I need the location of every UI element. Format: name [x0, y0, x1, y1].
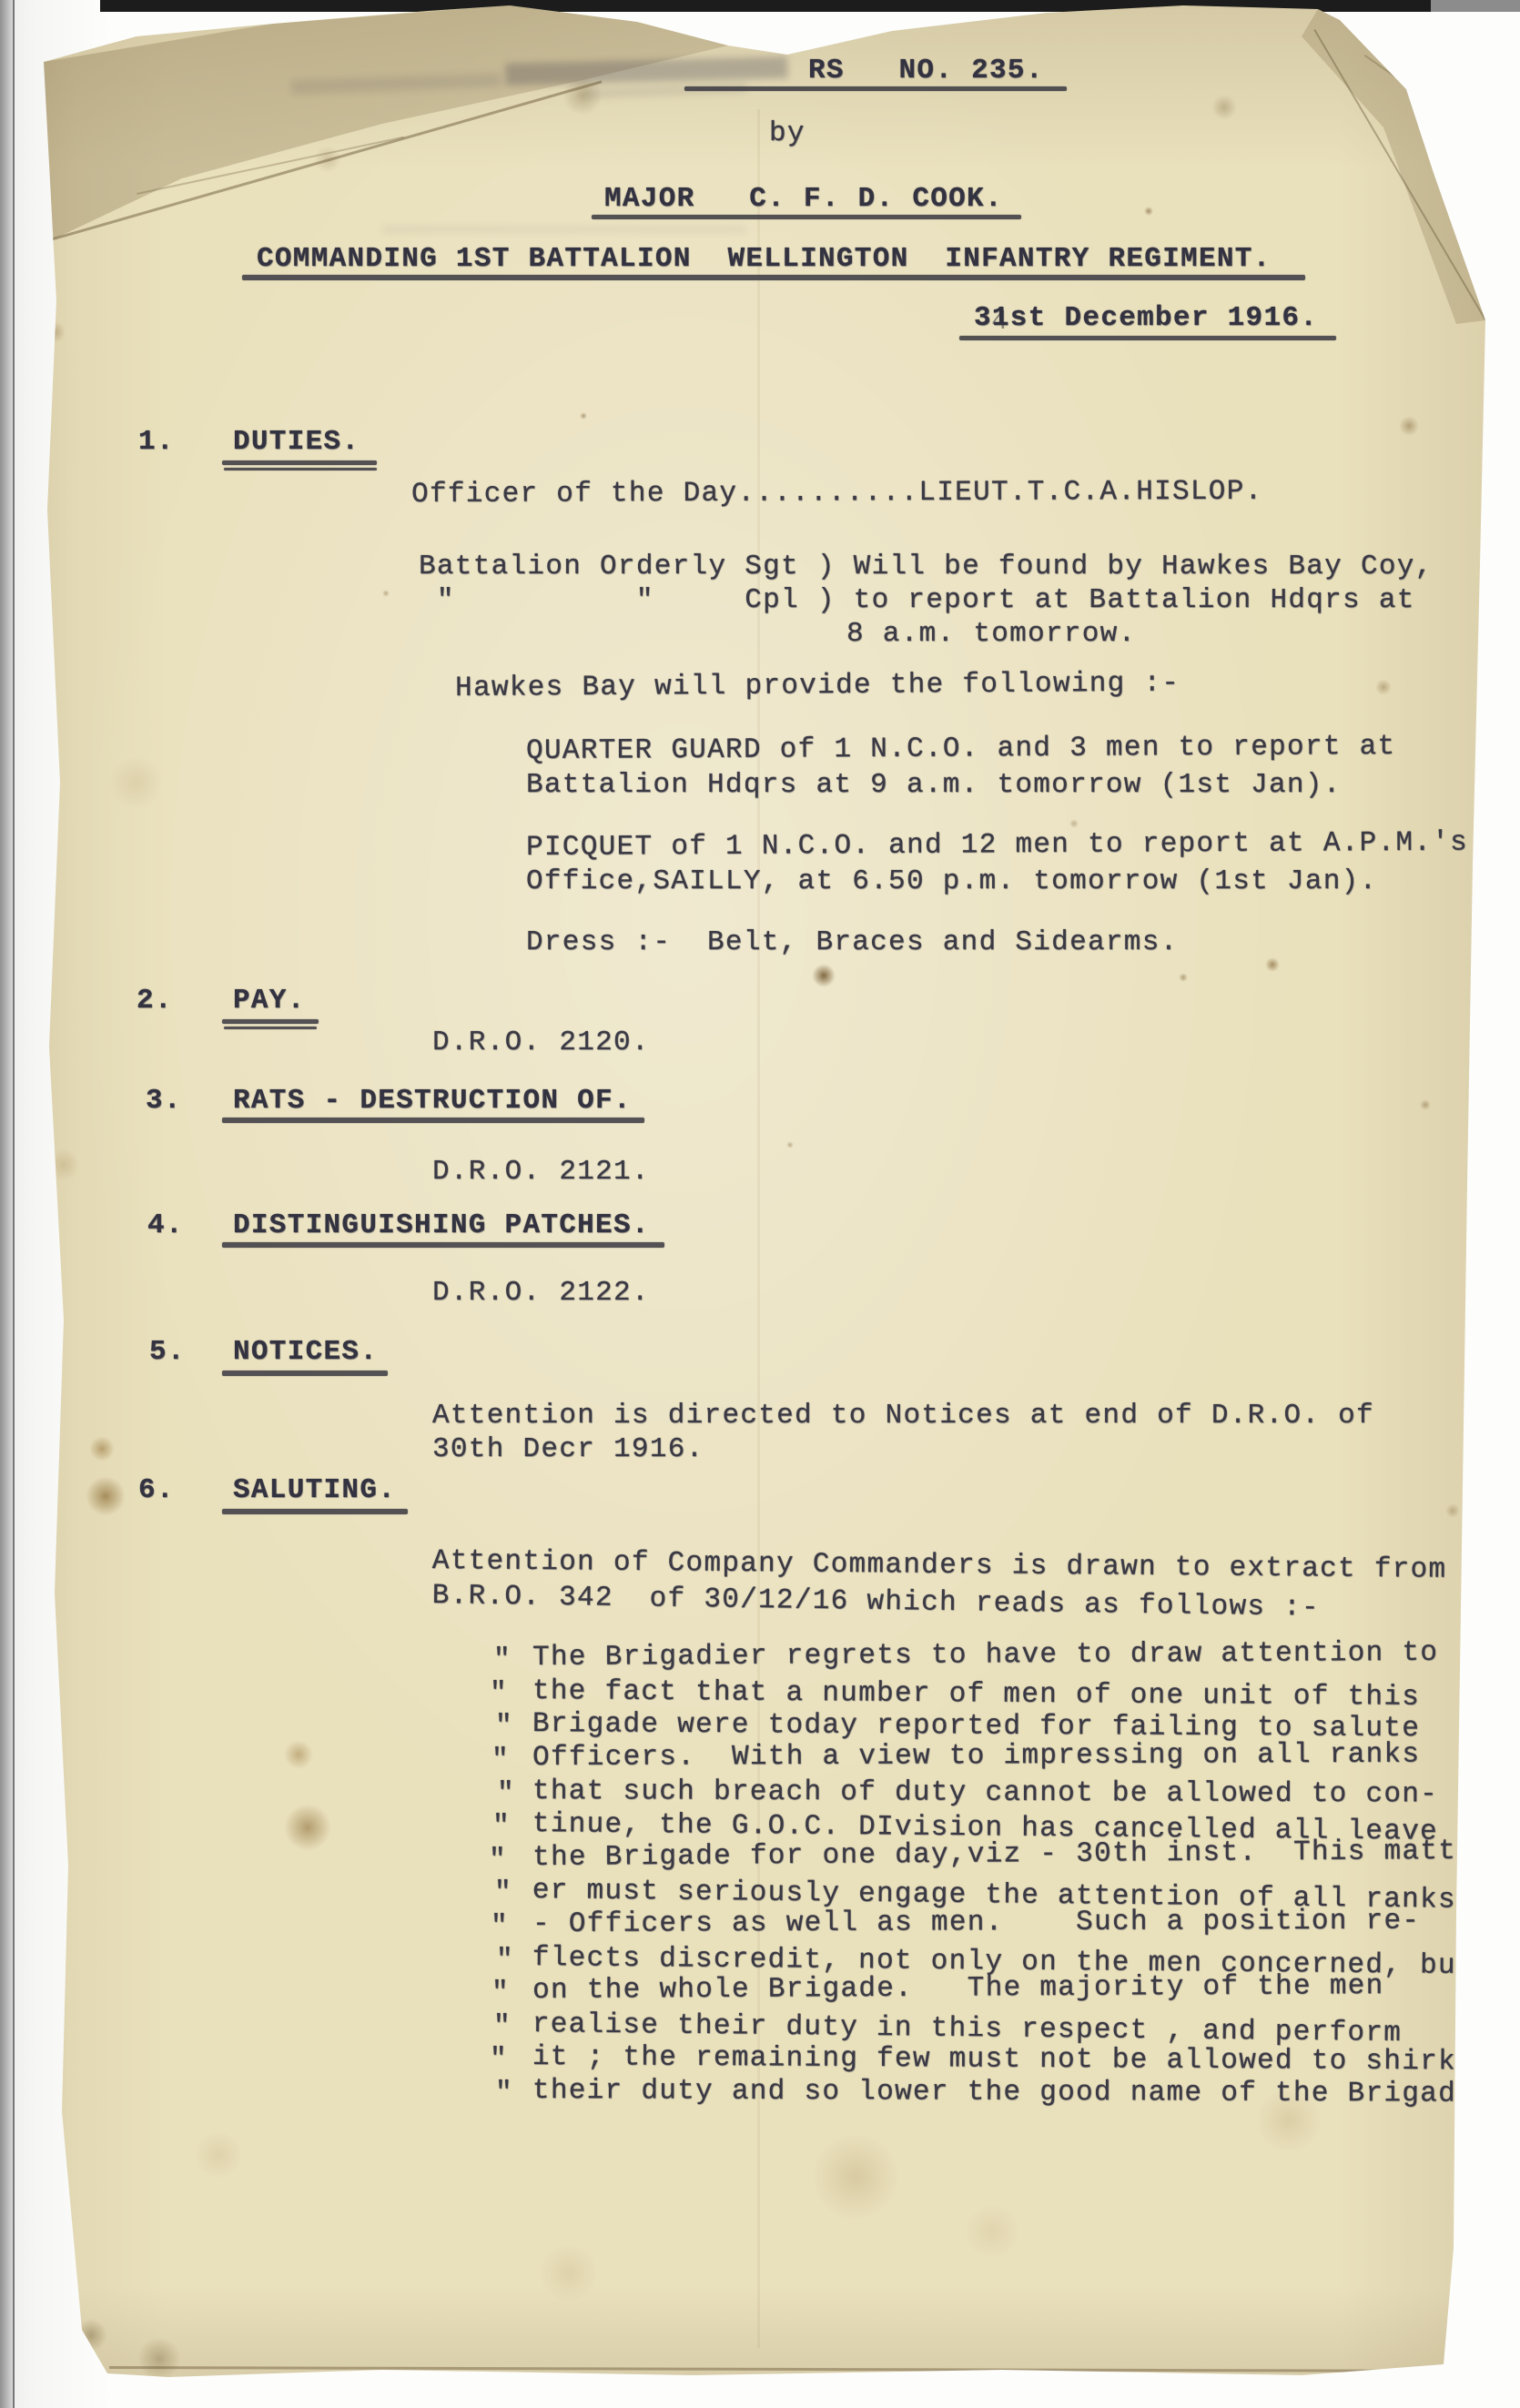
- text-line: ": [491, 1912, 509, 1940]
- heading-line: 4.: [147, 1211, 184, 1239]
- heading-line: 5.: [149, 1338, 186, 1366]
- text-line: ": [494, 1878, 512, 1907]
- text-line: Office,SAILLY, at 6.50 p.m. tomorrow (1s…: [526, 867, 1377, 895]
- text-line: Officer of the Day..........LIEUT.T.C.A.…: [411, 478, 1263, 509]
- paper-crease: [137, 137, 404, 195]
- paper-stain: [1375, 679, 1392, 695]
- text-line: Battalion Hdqrs at 9 a.m. tomorrow (1st …: [526, 771, 1342, 799]
- text-line: PICQUET of 1 N.C.O. and 12 men to report…: [526, 829, 1468, 862]
- paper-stain: [1069, 819, 1079, 828]
- text-line: 30th Decr 1916.: [432, 1435, 704, 1463]
- underline-rule: [222, 460, 377, 465]
- paper-stain: [1265, 957, 1280, 972]
- underline-rule: [222, 1509, 408, 1514]
- text-line: Hawkes Bay will provide the following :-: [455, 669, 1180, 703]
- underline-rule: [684, 86, 1067, 91]
- text-line: 8 a.m. tomorrow.: [846, 620, 1136, 648]
- paper-stain: [75, 2319, 107, 2352]
- underline-rule: [222, 1371, 388, 1376]
- paper-crease: [1313, 29, 1486, 320]
- paper-stain: [284, 1740, 313, 1769]
- underline-rule: [592, 215, 1021, 219]
- text-line: ": [491, 1745, 510, 1774]
- heading-line: PAY.: [233, 986, 306, 1015]
- heading-line: DISTINGUISHING PATCHES.: [233, 1211, 650, 1239]
- paper-stain: [580, 412, 587, 420]
- paper-stain: [44, 321, 66, 343]
- text-line: D.R.O. 2120.: [432, 1028, 650, 1057]
- underline-rule: [959, 336, 1336, 340]
- text-line: ": [496, 1946, 514, 1974]
- heading-line: 2.: [137, 986, 173, 1015]
- text-line: QUARTER GUARD of 1 N.C.O. and 3 men to r…: [526, 733, 1396, 765]
- text-line: Attention of Company Commanders is drawn…: [432, 1547, 1447, 1584]
- heading-line: 1.: [138, 428, 175, 456]
- heading-line: MAJOR C. F. D. COOK.: [604, 185, 1003, 213]
- text-line: ": [490, 1679, 508, 1707]
- paper-stain: [1445, 1503, 1460, 1518]
- paper-crease: [109, 2366, 1438, 2373]
- paper-crease: [1364, 55, 1454, 118]
- text-line: The Brigadier regrets to have to draw at…: [532, 1639, 1438, 1672]
- paper-sheet: RS NO. 235.byMAJOR C. F. D. COOK.COMMAND…: [0, 0, 1520, 2408]
- paper-stain: [109, 755, 164, 810]
- underline-rule: [222, 1118, 644, 1123]
- heading-line: 3.: [146, 1087, 182, 1115]
- paper-stain: [786, 1141, 794, 1148]
- paper-stain: [812, 964, 836, 987]
- heading-line: RATS - DESTRUCTION OF.: [233, 1087, 632, 1115]
- paper-crease: [33, 255, 46, 2330]
- text-line: - Officers as well as men. Such a positi…: [532, 1907, 1420, 1938]
- text-line: Battalion Orderly Sgt ) Will be found by…: [419, 552, 1434, 581]
- paper-stain: [284, 1804, 331, 1851]
- scanner-edge-top-right: [1431, 0, 1520, 12]
- ink-smudge: [505, 56, 788, 86]
- paper-stain: [137, 2337, 181, 2381]
- scanner-edge-left: [0, 0, 15, 2408]
- heading-line: SALUTING.: [233, 1476, 396, 1504]
- paper-stain: [812, 2133, 899, 2221]
- paper-stain: [382, 590, 390, 597]
- underline-rule: [224, 1027, 317, 1029]
- text-line: ": [495, 2079, 513, 2107]
- paper-stain: [562, 76, 603, 116]
- text-line: ": [493, 1645, 512, 1674]
- underline-rule: [222, 1242, 664, 1248]
- ink-smudge: [382, 226, 746, 233]
- paper-stain: [540, 2244, 598, 2302]
- paper-stain: [1179, 973, 1188, 982]
- text-line: D.R.O. 2122.: [432, 1279, 650, 1307]
- text-line: the Brigade for one day,viz - 30th inst.…: [532, 1837, 1474, 1872]
- text-line: their duty and so lower the good name of…: [532, 2077, 1493, 2109]
- heading-line: DUTIES.: [233, 428, 360, 456]
- text-line: " " Cpl ) to report at Battalion Hdqrs a…: [419, 586, 1415, 614]
- paper-stain: [1211, 95, 1237, 120]
- text-line: it ; the remaining few must not be allow…: [532, 2043, 1456, 2076]
- heading-line: NOTICES.: [233, 1338, 378, 1366]
- heading-line: COMMANDING 1ST BATTALION WELLINGTON INFA…: [257, 245, 1272, 273]
- underline-rule: [224, 468, 377, 470]
- text-line: ": [497, 1779, 515, 1807]
- paper-crease: [50, 80, 602, 241]
- text-line: Officers. With a view to impressing on a…: [532, 1741, 1420, 1772]
- text-line: ": [493, 2012, 512, 2040]
- heading-line: 6.: [138, 1476, 175, 1504]
- text-line: on the whole Brigade. The majority of th…: [532, 1972, 1384, 2005]
- paper-stain: [1144, 207, 1153, 216]
- underline-rule: [222, 1019, 319, 1024]
- text-line: ": [491, 1978, 510, 2007]
- heading-line: 31st December 1916.: [974, 304, 1318, 332]
- paper-stain: [89, 1436, 115, 1462]
- paper-stain: [1399, 416, 1419, 436]
- text-line: ": [495, 1712, 513, 1740]
- scanned-document-page: RS NO. 235.byMAJOR C. F. D. COOK.COMMAND…: [0, 0, 1520, 2408]
- text-line: B.R.O. 342 of 30/12/16 which reads as fo…: [432, 1582, 1321, 1623]
- text-line: D.R.O. 2121.: [432, 1158, 650, 1186]
- paper-stain: [965, 2204, 1019, 2259]
- text-line: ": [492, 1812, 511, 1840]
- text-line: the fact that a number of men of one uni…: [532, 1677, 1420, 1712]
- paper-stain: [86, 1476, 126, 1516]
- text-line: ": [489, 1846, 507, 1874]
- text-line: Attention is directed to Notices at end …: [432, 1401, 1374, 1430]
- text-line: by: [769, 119, 806, 147]
- paper-stain: [47, 1148, 80, 1181]
- paper-stain: [314, 146, 341, 173]
- underline-rule: [242, 275, 1305, 280]
- heading-line: RS NO. 235.: [808, 56, 1044, 85]
- text-line: Brigade were today reported for failing …: [532, 1710, 1420, 1743]
- text-line: that such breach of duty cannot be allow…: [532, 1777, 1438, 1808]
- ink-smudge: [291, 73, 501, 95]
- text-line: Dress :- Belt, Braces and Sidearms.: [526, 928, 1179, 956]
- paper-stain: [1420, 1099, 1431, 1110]
- text-line: ": [490, 2045, 508, 2073]
- paper-stain: [195, 2131, 242, 2179]
